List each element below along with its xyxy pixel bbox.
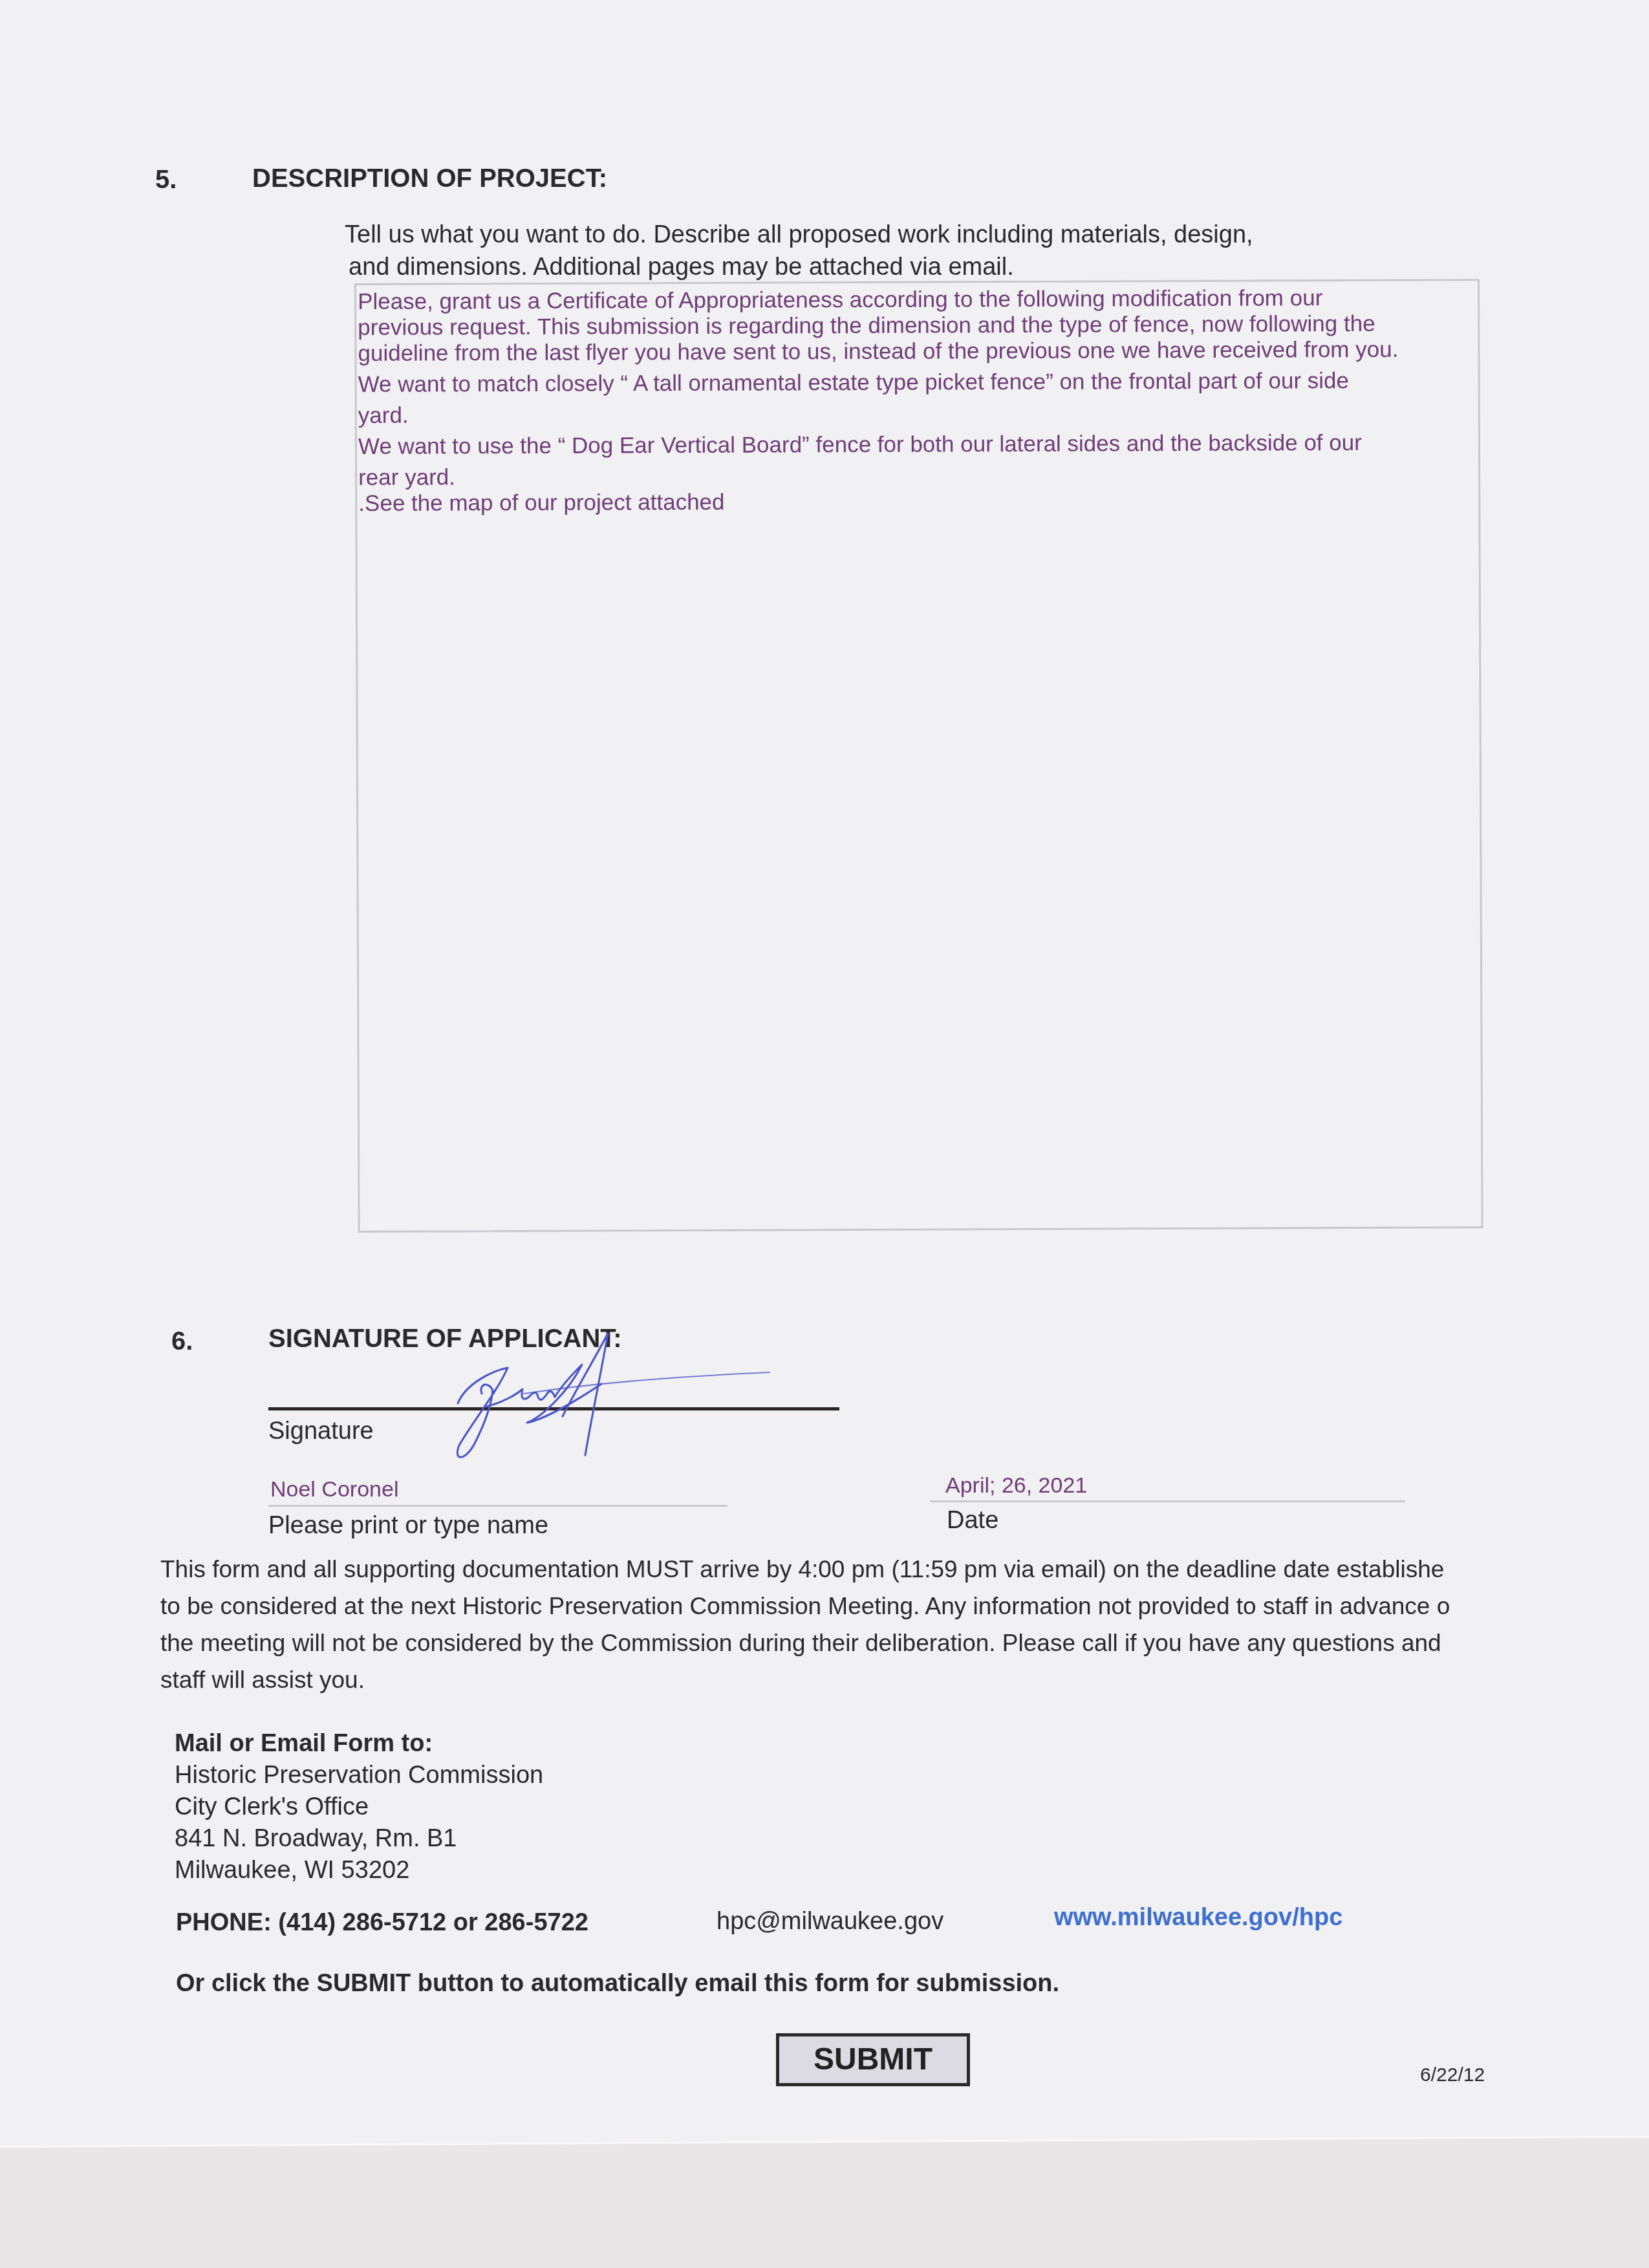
- project-description-text: Please, grant us a Certificate of Approp…: [356, 281, 1483, 517]
- address-line: City Clerk's Office: [175, 1791, 543, 1823]
- handwritten-signature-icon[interactable]: [446, 1332, 782, 1468]
- submit-instruction: Or click the SUBMIT button to automatica…: [176, 1970, 1059, 1998]
- description-line: previous request. This submission is reg…: [358, 310, 1483, 341]
- section-6-number: 6.: [171, 1327, 193, 1356]
- description-line: yard.: [358, 398, 1483, 429]
- notice-line: This form and all supporting documentati…: [160, 1551, 1450, 1588]
- section-5-title: DESCRIPTION OF PROJECT:: [252, 164, 607, 193]
- notice-line: staff will assist you.: [160, 1661, 1450, 1698]
- printed-name-label: Please print or type name: [268, 1512, 548, 1540]
- description-line: rear yard.: [358, 460, 1483, 491]
- mailing-heading: Mail or Email Form to:: [175, 1728, 543, 1760]
- description-line: guideline from the last flyer you have s…: [358, 336, 1483, 367]
- submission-notice: This form and all supporting documentati…: [160, 1551, 1450, 1698]
- description-line: We want to use the “ Dog Ear Vertical Bo…: [358, 429, 1483, 460]
- address-line: Historic Preservation Commission: [175, 1760, 543, 1791]
- printed-name-underline: [268, 1505, 727, 1507]
- section-5-number: 5.: [155, 166, 177, 195]
- description-line: Please, grant us a Certificate of Approp…: [358, 285, 1483, 315]
- form-revision-date: 6/22/12: [1420, 2064, 1485, 2086]
- submit-button[interactable]: SUBMIT: [776, 2033, 970, 2086]
- instruction-line: and dimensions. Additional pages may be …: [349, 251, 1253, 283]
- section-5-instructions: Tell us what you want to do. Describe al…: [345, 219, 1253, 283]
- address-line: 841 N. Broadway, Rm. B1: [175, 1823, 543, 1855]
- website-link[interactable]: www.milwaukee.gov/hpc: [1054, 1904, 1342, 1932]
- description-line: .See the map of our project attached: [358, 486, 1483, 517]
- description-line: We want to match closely “ A tall orname…: [358, 367, 1483, 398]
- address-line: Milwaukee, WI 53202: [175, 1855, 543, 1886]
- notice-line: the meeting will not be considered by th…: [160, 1625, 1450, 1661]
- phone-numbers: PHONE: (414) 286-5712 or 286-5722: [176, 1909, 588, 1937]
- mailing-address-block: Mail or Email Form to: Historic Preserva…: [175, 1728, 543, 1886]
- date-underline: [930, 1500, 1405, 1502]
- email-address[interactable]: hpc@milwaukee.gov: [717, 1908, 943, 1936]
- instruction-line: Tell us what you want to do. Describe al…: [345, 219, 1253, 251]
- project-description-field[interactable]: Please, grant us a Certificate of Approp…: [354, 279, 1483, 1233]
- printed-name-value[interactable]: Noel Coronel: [270, 1477, 398, 1502]
- signature-label: Signature: [268, 1418, 374, 1445]
- notice-line: to be considered at the next Historic Pr…: [160, 1588, 1450, 1625]
- date-value[interactable]: April; 26, 2021: [945, 1473, 1087, 1498]
- date-label: Date: [947, 1507, 998, 1535]
